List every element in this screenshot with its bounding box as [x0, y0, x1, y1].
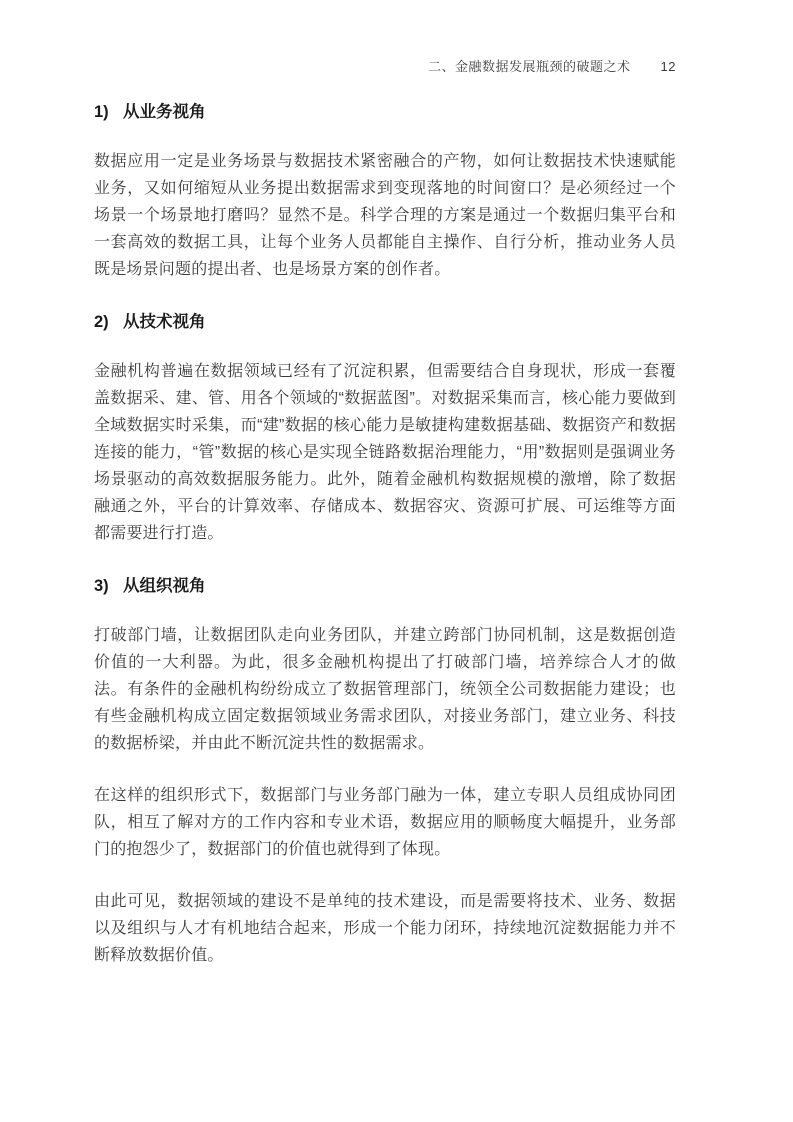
body-paragraph: 数据应用一定是业务场景与数据技术紧密融合的产物，如何让数据技术快速赋能业务，又如…: [94, 148, 676, 283]
section-number: 1): [94, 102, 123, 123]
chapter-title: 二、金融数据发展瓶颈的破题之术: [428, 56, 631, 75]
section-number: 3): [94, 576, 123, 597]
document-page: 二、金融数据发展瓶颈的破题之术 12 1) 从业务视角 数据应用一定是业务场景与…: [0, 0, 793, 1122]
body-paragraph: 金融机构普遍在数据领域已经有了沉淀积累，但需要结合自身现状，形成一套覆盖数据采、…: [94, 358, 676, 547]
page-header: 二、金融数据发展瓶颈的破题之术 12: [94, 56, 676, 73]
section-heading: 3) 从组织视角: [94, 576, 676, 597]
section-title: 从业务视角: [123, 102, 206, 123]
body-paragraph: 由此可见，数据领域的建设不是单纯的技术建设，而是需要将技术、业务、数据以及组织与…: [94, 888, 676, 969]
page-number: 12: [661, 59, 676, 74]
section-business-view: 1) 从业务视角 数据应用一定是业务场景与数据技术紧密融合的产物，如何让数据技术…: [94, 102, 676, 283]
section-title: 从组织视角: [123, 576, 206, 597]
body-paragraph: 打破部门墙，让数据团队走向业务团队，并建立跨部门协同机制，这是数据创造价值的一大…: [94, 622, 676, 757]
section-technology-view: 2) 从技术视角 金融机构普遍在数据领域已经有了沉淀积累，但需要结合自身现状，形…: [94, 312, 676, 547]
section-heading: 2) 从技术视角: [94, 312, 676, 333]
section-heading: 1) 从业务视角: [94, 102, 676, 123]
section-organization-view: 3) 从组织视角 打破部门墙，让数据团队走向业务团队，并建立跨部门协同机制，这是…: [94, 576, 676, 969]
body-paragraph: 在这样的组织形式下，数据部门与业务部门融为一体，建立专职人员组成协同团队，相互了…: [94, 782, 676, 863]
section-number: 2): [94, 312, 123, 333]
section-title: 从技术视角: [123, 312, 206, 333]
